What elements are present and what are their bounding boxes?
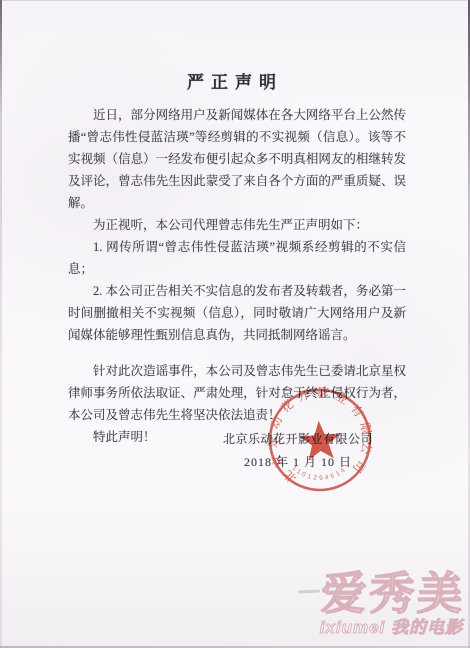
signature-block: 北京乐动花开影业有限公司 2018 年 1 月 10 日 <box>223 432 373 469</box>
statement-document-page: 严正声明 近日，部分网络用户及新闻媒体在各大网络平台上公然传播“曾志伟性侵蓝洁瑛… <box>0 0 470 648</box>
statement-item-2: 2. 本公司正告相关不实信息的发布者及转载者，务必第一时间删撤相关不实视频（信息… <box>68 280 406 346</box>
page-edge-left <box>0 0 2 648</box>
company-name: 北京乐动花开影业有限公司 <box>223 432 373 446</box>
paragraph-legal-action: 针对此次造谣事件，本公司及曾志伟先生已委请北京星权律师事务所依法取证、严肃处理，… <box>68 360 406 426</box>
page-edge-top <box>0 0 470 1</box>
scan-smudge <box>298 590 320 594</box>
watermark-brand: 爱秀美 <box>319 573 467 615</box>
signature-date: 2018 年 1 月 10 日 <box>223 455 373 469</box>
document-body: 近日，部分网络用户及新闻媒体在各大网络平台上公然传播“曾志伟性侵蓝洁瑛”等经剪辑… <box>68 104 406 448</box>
document-title: 严正声明 <box>0 68 470 93</box>
paragraph-intro: 近日，部分网络用户及新闻媒体在各大网络平台上公然传播“曾志伟性侵蓝洁瑛”等经剪辑… <box>68 104 406 214</box>
watermark-subtitle: ixiumei 我的电影 <box>320 613 465 638</box>
watermark: 爱秀美 ixiumei 我的电影 <box>320 573 465 638</box>
paragraph-lead-in: 为正视听，本公司代理曾志伟先生严正声明如下： <box>68 214 406 236</box>
statement-item-1: 1. 网传所谓“曾志伟性侵蓝洁瑛”视频系经剪辑的不实信息； <box>68 236 406 280</box>
